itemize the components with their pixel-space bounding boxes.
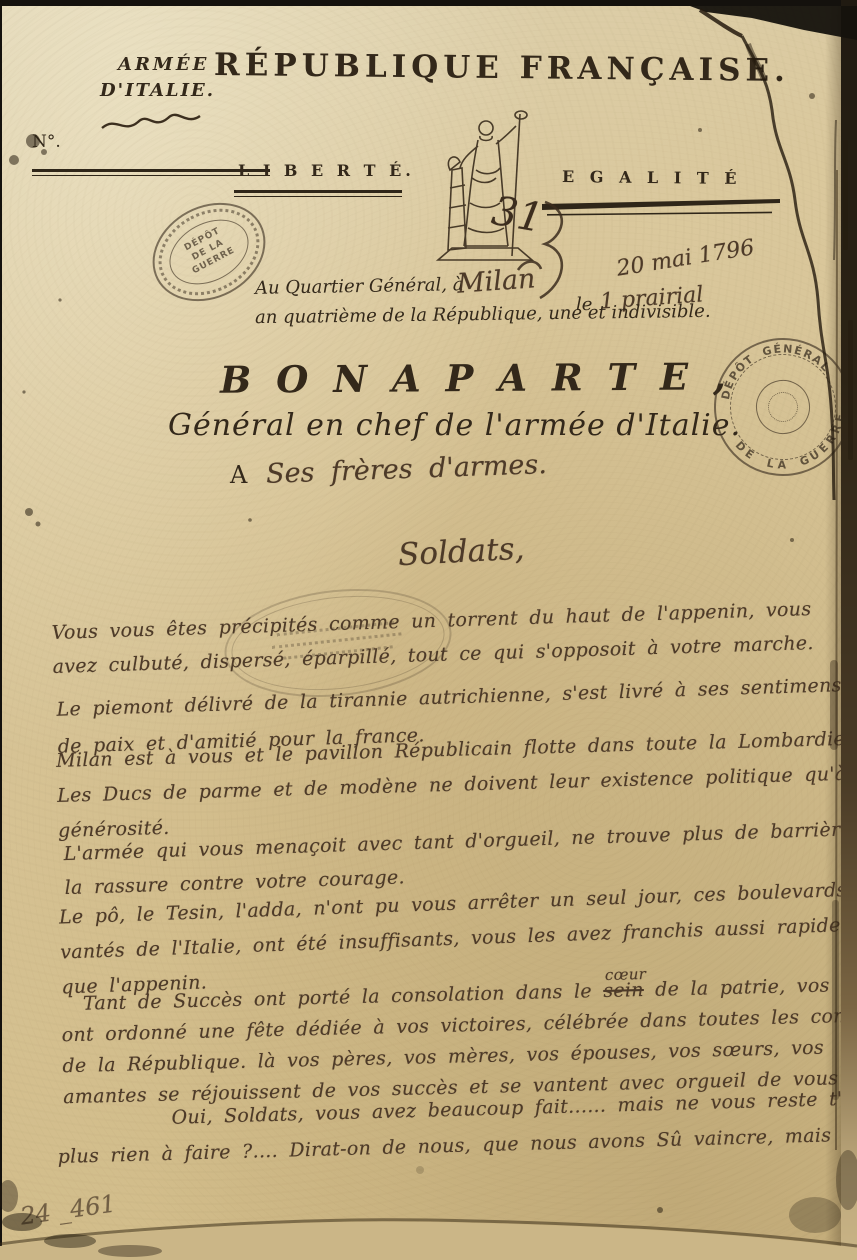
bonaparte-title: B O N A P A R T E , xyxy=(220,354,732,402)
number-label: N°. xyxy=(32,132,61,152)
left-rule-thick xyxy=(32,169,270,172)
stamp-arc-text-bottom: DE LA GUERRE xyxy=(698,322,841,493)
greeting-soldats: Soldats, xyxy=(397,531,525,574)
liberte-rule-thick xyxy=(234,190,402,193)
page-right-edge xyxy=(841,0,857,1260)
egalite-label: E G A L I T É xyxy=(562,167,742,188)
handwritten-gregorian-date: 20 mai 1796 xyxy=(615,235,756,281)
general-subtitle: Général en chef de l'armée d'Italie. xyxy=(168,408,741,443)
liberte-label: L I B E R T É. xyxy=(238,161,415,180)
scanned-document-photo: ARMÉE D'ITALIE. RÉPUBLIQUE FRANÇAISE. N°… xyxy=(0,0,857,1260)
line-segment: de la patrie, vos représentants xyxy=(644,971,841,1001)
egalite-rule xyxy=(542,199,780,216)
manuscript-correction: seincœur xyxy=(603,975,644,1007)
salutation-handwritten: Ses frères d'armes. xyxy=(266,449,548,490)
liberte-rule-thin xyxy=(234,196,402,197)
dateline-line2: an quatrième de la République, une et in… xyxy=(255,301,711,328)
inserted-word: cœur xyxy=(605,959,647,991)
oval-depot-stamp: DÉPÔT DE LA GUERRE xyxy=(135,184,282,321)
catalogue-number-pencil: 24 _461 xyxy=(19,1189,118,1230)
salutation-a: A xyxy=(230,461,247,489)
dateline-prefix: Au Quartier Général, à xyxy=(255,274,464,299)
scribble-number: 31 xyxy=(488,188,546,242)
round-depot-stamp: DÉPÔT GÉNÉRAL DE LA GUERRE xyxy=(698,322,841,493)
army-label-line2: D'ITALIE. xyxy=(100,80,215,101)
handwritten-place: Milan xyxy=(456,263,536,299)
flourish-squiggle xyxy=(102,115,200,128)
left-rule-thin xyxy=(32,175,270,176)
army-label-line1: ARMÉE xyxy=(118,54,209,75)
republic-title: RÉPUBLIQUE FRANÇAISE. xyxy=(214,47,790,89)
letter-page: ARMÉE D'ITALIE. RÉPUBLIQUE FRANÇAISE. N°… xyxy=(2,6,841,1260)
